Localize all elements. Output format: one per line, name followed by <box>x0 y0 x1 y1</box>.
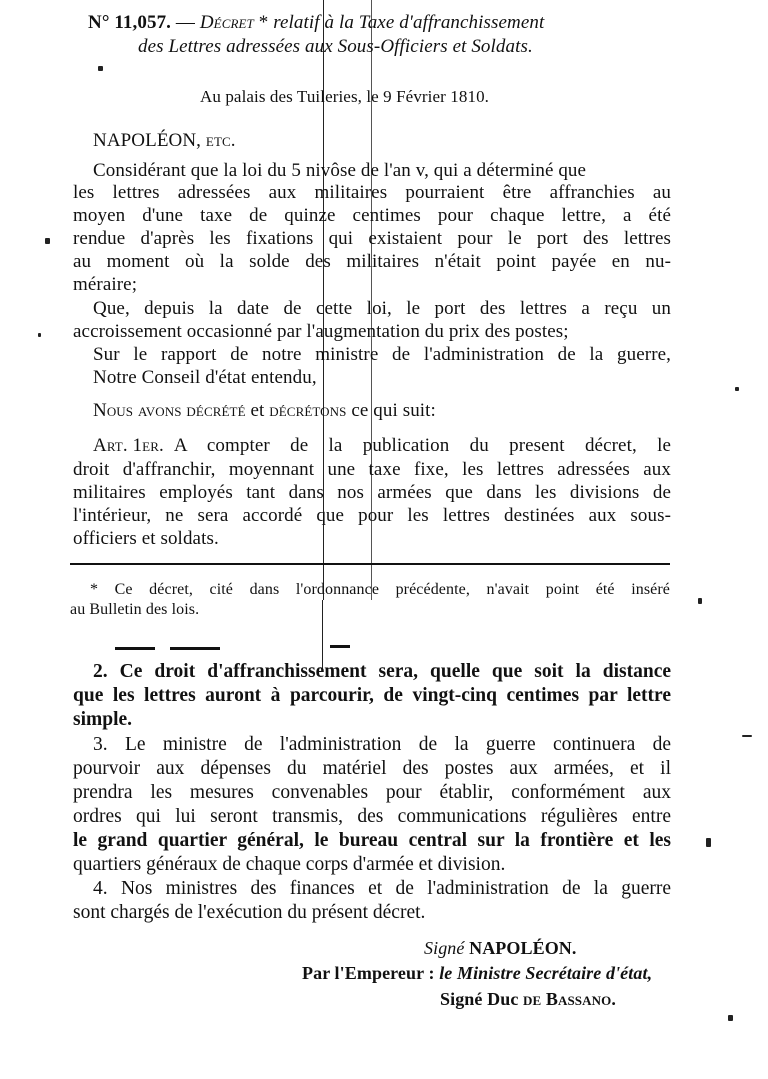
article1-line-1: Art. 1er. A compter de la publication du… <box>93 435 671 457</box>
scan-speck <box>728 1015 733 1021</box>
nous-avons-decrete: Nous avons décrété <box>93 400 246 421</box>
ce-qui-suit: ce qui suit: <box>347 400 436 421</box>
decree-title-text: relatif à la Taxe d'affranchissement <box>273 12 544 33</box>
decree-title-line-2: des Lettres adressées aux Sous-Officiers… <box>138 36 533 58</box>
scanned-document-page: N° 11,057. — Décret * relatif à la Taxe … <box>0 0 768 1079</box>
article3-line-3: prendra les mesures convenables pour éta… <box>73 782 671 804</box>
ministre-title: le Ministre Secrétaire d'état, <box>439 963 652 983</box>
footnote-line-2: au Bulletin des lois. <box>70 599 199 621</box>
considerant-line-6: méraire; <box>73 274 137 296</box>
rapport-line: Sur le rapport de notre ministre de l'ad… <box>93 344 671 366</box>
considerant-line-2: les lettres adressées aux militaires pou… <box>73 182 671 204</box>
text-line: A compter de la publication du present d… <box>174 435 671 457</box>
de-particle: de <box>523 989 541 1009</box>
et-text: et <box>246 400 270 421</box>
considerant-line-4: rendue d'après les fixations qui existai… <box>73 228 671 250</box>
article4-line-2: sont chargés de l'exécution du présent d… <box>73 902 425 924</box>
napoleon-heading: NAPOLÉON, etc. <box>93 130 236 152</box>
article1-label: Art. 1er. <box>93 435 164 457</box>
scan-artifact-line <box>322 600 323 670</box>
signe-duc: Signé Duc <box>440 989 523 1009</box>
considerant-line-5: au moment où la solde des militaires n'é… <box>73 251 671 273</box>
decree-word: Décret <box>200 12 254 33</box>
place-date: Au palais des Tuileries, le 9 Février 18… <box>200 86 489 108</box>
decree-number: N° 11,057. <box>88 12 171 33</box>
signatory-bassano: Bassano. <box>541 989 616 1009</box>
title-dash: — <box>171 12 200 33</box>
scan-speck <box>742 735 752 737</box>
scan-speck <box>706 838 711 847</box>
scan-fragment <box>170 647 220 650</box>
signature-par-empereur: Par l'Empereur : le Ministre Secrétaire … <box>302 962 652 984</box>
footnote-divider <box>70 563 670 565</box>
text-line: Considérant que la loi du 5 nivôse de l'… <box>93 160 586 182</box>
article4-line-1: 4. Nos ministres des finances et de l'ad… <box>93 878 671 900</box>
article3-line-2: pourvoir aux dépenses du matériel des po… <box>73 758 671 780</box>
article2-line-3: simple. <box>73 709 132 731</box>
scan-speck <box>735 387 739 391</box>
scan-speck <box>38 333 41 337</box>
scan-speck <box>45 238 50 244</box>
article3-line-4: ordres qui lui seront transmis, des comm… <box>73 806 671 828</box>
conseil-line: Notre Conseil d'état entendu, <box>93 367 317 389</box>
signe-label: Signé <box>424 938 465 958</box>
signatory-napoleon: NAPOLÉON. <box>465 938 577 958</box>
article1-line-5: officiers et soldats. <box>73 528 219 550</box>
decretons-line: Nous avons décrété et décrétons ce qui s… <box>93 400 436 422</box>
decree-title-line-1: N° 11,057. — Décret * relatif à la Taxe … <box>88 12 544 34</box>
scan-speck <box>98 66 103 71</box>
par-empereur-label: Par l'Empereur : <box>302 963 439 983</box>
footnote-line-1: * Ce décret, cité dans l'ordonnance préc… <box>90 579 670 601</box>
decretons-text: décrétons <box>269 400 346 421</box>
considerant-line-1: Considérant que la loi du 5 nivôse de l'… <box>93 160 671 182</box>
signature-bassano: Signé Duc de Bassano. <box>440 988 616 1010</box>
que-line-2: accroissement occasionné par l'augmentat… <box>73 321 569 343</box>
article2-line-1: 2. Ce droit d'affranchissement sera, que… <box>93 661 671 683</box>
que-line-1: Que, depuis la date de cette loi, le por… <box>93 298 671 320</box>
article1-line-2: droit d'affranchir, moyennant une taxe f… <box>73 459 671 481</box>
signature-napoleon: Signé NAPOLÉON. <box>424 937 577 959</box>
napoleon-name: NAPOLÉON, <box>93 130 201 151</box>
article3-line-6: quartiers généraux de chaque corps d'arm… <box>73 854 505 876</box>
article1-line-3: militaires employés tant dans nos armées… <box>73 482 671 504</box>
considerant-line-3: moyen d'une taxe de quinze centimes pour… <box>73 205 671 227</box>
scan-speck <box>698 598 702 604</box>
etc-text: etc. <box>201 130 236 151</box>
scan-fragment <box>115 647 155 650</box>
article1-line-4: l'intérieur, ne sera accordé que pour le… <box>73 505 671 527</box>
scan-fragment <box>330 645 350 648</box>
article3-line-1: 3. Le ministre de l'administration de la… <box>93 734 671 756</box>
footnote-marker: * <box>254 12 273 33</box>
article2-line-2: que les lettres auront à parcourir, de v… <box>73 685 671 707</box>
article3-line-5: le grand quartier général, le bureau cen… <box>73 830 671 852</box>
